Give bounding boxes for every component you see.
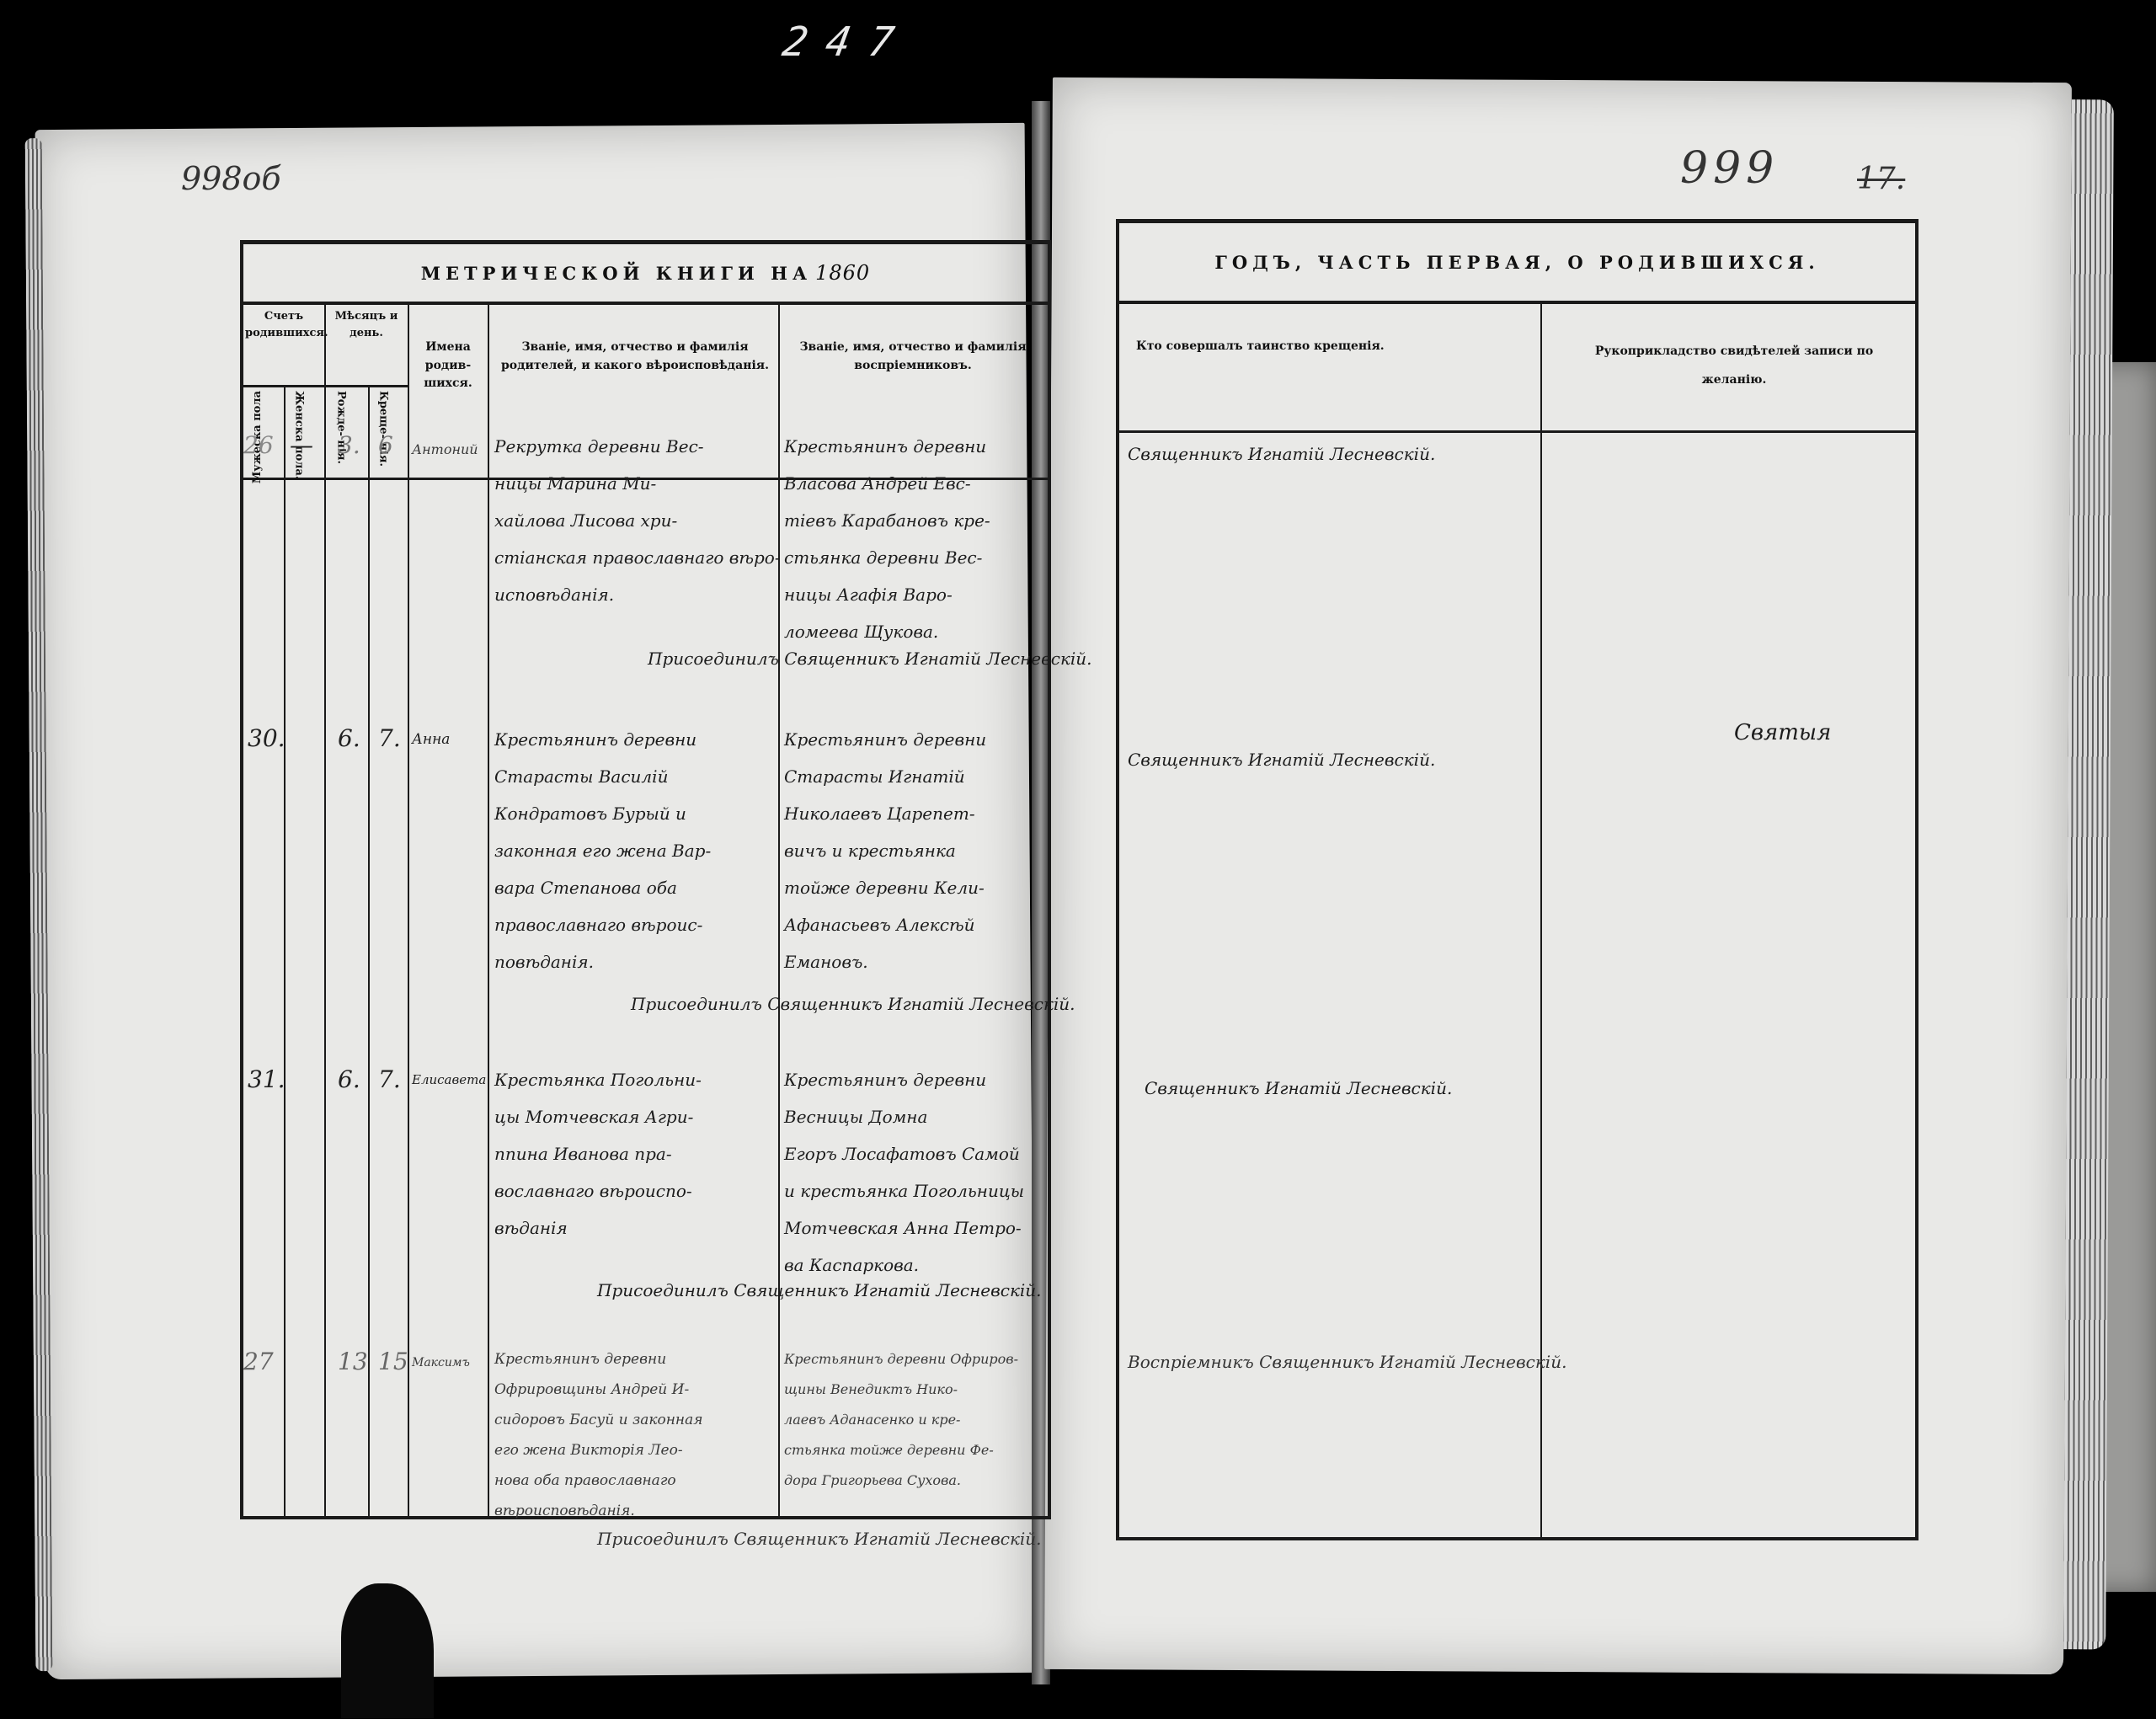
entry-parents: Рекрутка деревни Вес- ницы Марина Ми- ха… [494, 428, 781, 613]
entry-godparents: Крестьянинъ деревни Власова Андрей Евс- … [784, 428, 990, 650]
header-officiant: Кто совершалъ таинство крещенія. [1136, 338, 1532, 356]
entry-parents: Крестьянка Погольни- цы Мотчевская Агри-… [494, 1061, 702, 1247]
folio-number-right: 999 [1680, 143, 1779, 194]
col-divider [408, 305, 409, 1516]
frame-number: 247 [779, 19, 916, 66]
right-page-title: ГОДЪ, ЧАСТЬ ПЕРВАЯ, О РОДИВШИХСЯ. [1119, 223, 1915, 304]
entry-baptism-day: 7. [378, 724, 401, 752]
entry-birth-day: 3. [338, 431, 360, 459]
header-godparents: Званіе, имя, отчество и фамилія воспріем… [787, 339, 1039, 375]
officiant-entry: Воспріемникъ Священникъ Игнатій Лесневск… [1128, 1352, 1566, 1372]
entry-child-name: Анна [412, 721, 450, 758]
entry-parents: Крестьянинъ деревни Старасты Василій Кон… [494, 721, 711, 980]
col-divider [368, 385, 370, 1516]
right-ledger-table: ГОДЪ, ЧАСТЬ ПЕРВАЯ, О РОДИВШИХСЯ. Кто со… [1116, 219, 1919, 1540]
header-names: Имена родив- шихся. [412, 339, 484, 393]
entry-godparents: Крестьянинъ деревни Старасты Игнатій Ник… [784, 721, 986, 980]
entry-attestation: Присоединилъ Священникъ Игнатій Лесневск… [648, 649, 1092, 669]
entry-male-number: 31. [248, 1065, 286, 1093]
entry-birth-day: 13 [338, 1348, 368, 1375]
header-rule [324, 385, 408, 387]
left-ledger-table: МЕТРИЧЕСКОЙ КНИГИ НА 1860 Счетъ родивших… [240, 240, 1051, 1519]
ink-blot [341, 1583, 434, 1718]
title-text: МЕТРИЧЕСКОЙ КНИГИ НА [421, 263, 812, 284]
folio-struck-number: 17. [1857, 162, 1905, 196]
col-divider [324, 305, 326, 1516]
header-date-group: Мѣсяцъ и день. [326, 308, 407, 342]
header-rule [243, 385, 324, 387]
header-bottom-rule [1119, 430, 1915, 433]
header-count-group: Счетъ родившихся. [245, 308, 323, 342]
entry-attestation: Присоединилъ Священникъ Игнатій Лесневск… [597, 1529, 1042, 1549]
entry-child-name: Антоний [412, 431, 478, 468]
entry-parents: Крестьянинъ деревни Офрировщины Андрей И… [494, 1344, 703, 1526]
entry-baptism-day: 15 [378, 1348, 408, 1375]
entry-child-name: Максимъ [412, 1344, 470, 1381]
entry-birth-day: 6. [338, 1065, 360, 1093]
officiant-entry: Священникъ Игнатій Лесневскій. [1128, 750, 1435, 770]
witness-signature: Святыя [1734, 720, 1831, 745]
entry-attestation: Присоединилъ Священникъ Игнатій Лесневск… [631, 994, 1075, 1014]
entry-baptism-day: 7. [378, 1065, 401, 1093]
officiant-entry: Священникъ Игнатій Лесневскій. [1145, 1078, 1452, 1098]
header-witnesses: Рукоприкладство свидѣтелей записи по жел… [1591, 338, 1877, 394]
folio-number-left: 998об [181, 160, 281, 197]
entry-godparents: Крестьянинъ деревни Весницы Домна Егоръ … [784, 1061, 1024, 1284]
entry-male-number: 30. [248, 724, 286, 752]
entry-female-number: — [290, 431, 313, 459]
officiant-entry: Священникъ Игнатій Лесневскій. [1128, 444, 1435, 464]
entry-godparents: Крестьянинъ деревни Офриров- щины Венеди… [784, 1344, 1018, 1496]
entry-child-name: Елисавета [412, 1061, 486, 1098]
entry-baptism-day: 6 [378, 431, 393, 459]
entry-male-number: 27 [243, 1348, 274, 1375]
entry-male-number: 26 [243, 431, 274, 459]
entry-birth-day: 6. [338, 724, 360, 752]
col-divider [488, 305, 489, 1516]
header-parents: Званіе, имя, отчество и фамилія родителе… [496, 339, 774, 375]
title-year: 1860 [815, 261, 870, 285]
left-page-title: МЕТРИЧЕСКОЙ КНИГИ НА 1860 [243, 244, 1048, 305]
col-divider [284, 385, 286, 1516]
entry-attestation: Присоединилъ Священникъ Игнатій Лесневск… [597, 1280, 1042, 1300]
title-text: ГОДЪ, ЧАСТЬ ПЕРВАЯ, О РОДИВШИХСЯ. [1214, 252, 1819, 273]
